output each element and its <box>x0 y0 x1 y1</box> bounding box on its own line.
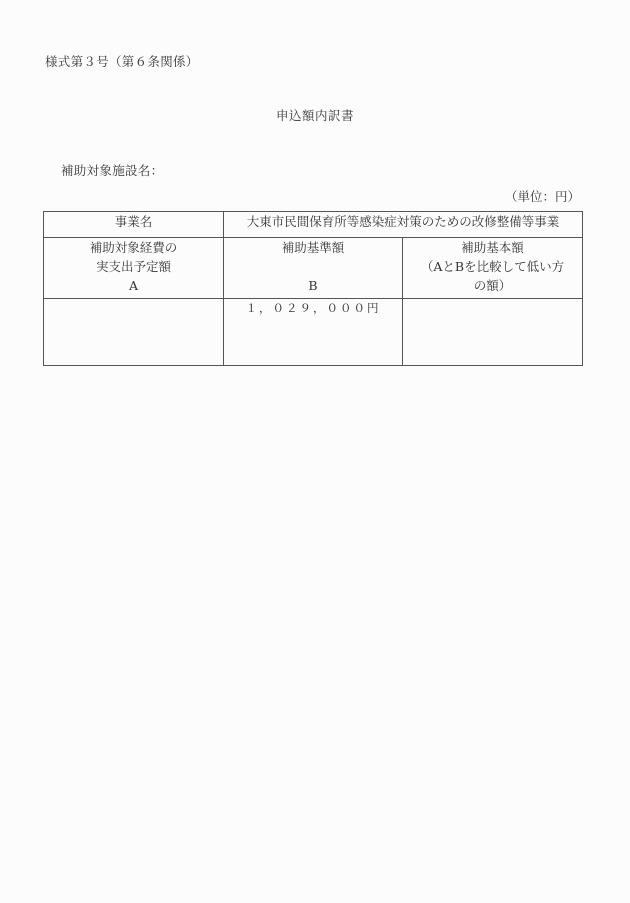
project-name-label: 事業名 <box>44 212 224 238</box>
header-line: 補助基本額 <box>403 238 582 257</box>
values-row: １，０２９，０００円 <box>44 299 583 366</box>
value-standard-amount: １，０２９，０００円 <box>224 299 403 366</box>
unit-label: （単位：円） <box>505 187 580 205</box>
header-line: の額） <box>403 276 582 295</box>
header-standard-amount: 補助基準額 B <box>224 238 403 299</box>
project-name-row: 事業名 大東市民間保育所等感染症対策のための改修整備等事業 <box>44 212 583 238</box>
value-base-amount <box>403 299 583 366</box>
project-name-value: 大東市民間保育所等感染症対策のための改修整備等事業 <box>224 212 583 238</box>
header-line <box>224 257 402 276</box>
header-line: 実支出予定額 <box>44 257 223 276</box>
document-title: 申込額内訳書 <box>0 106 630 124</box>
header-actual-expense: 補助対象経費の 実支出予定額 A <box>44 238 224 299</box>
facility-name-label: 補助対象施設名： <box>61 161 163 179</box>
header-line: （AとBを比較して低い方 <box>403 257 582 276</box>
header-line: A <box>44 276 223 295</box>
header-base-amount: 補助基本額 （AとBを比較して低い方 の額） <box>403 238 583 299</box>
header-line: 補助基準額 <box>224 238 402 257</box>
breakdown-table: 事業名 大東市民間保育所等感染症対策のための改修整備等事業 補助対象経費の 実支… <box>43 211 583 366</box>
form-number: 様式第３号（第６条関係） <box>45 52 199 70</box>
header-line: 補助対象経費の <box>44 238 223 257</box>
header-line: B <box>224 276 402 295</box>
value-actual-expense <box>44 299 224 366</box>
header-row: 補助対象経費の 実支出予定額 A 補助基準額 B 補助基本額 （AとBを比較して… <box>44 238 583 299</box>
